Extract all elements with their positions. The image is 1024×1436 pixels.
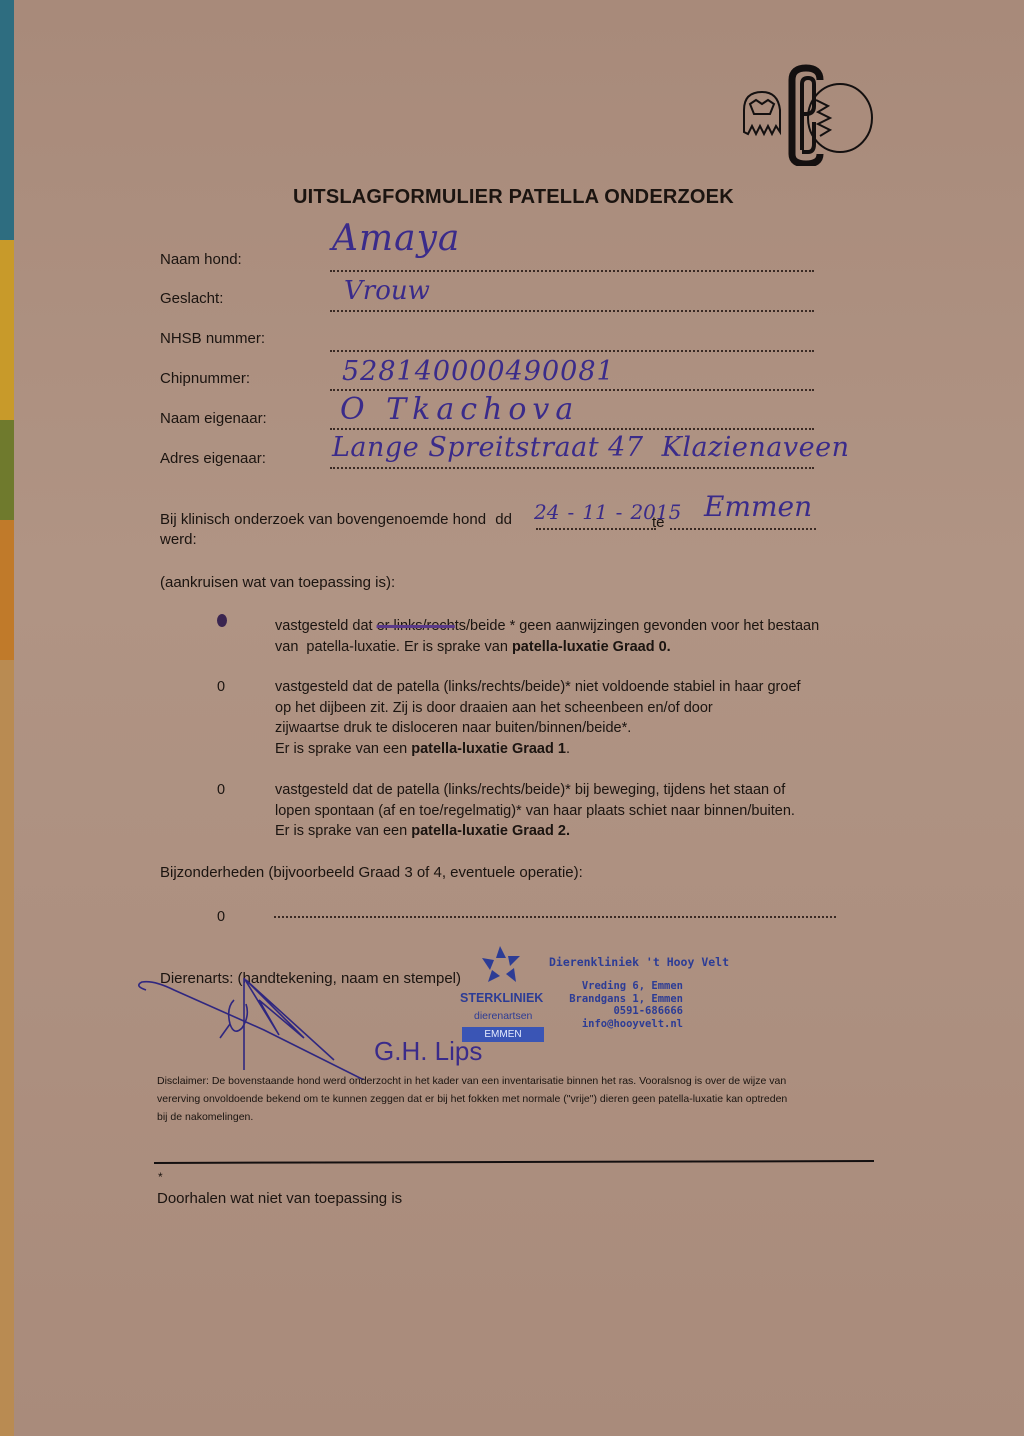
field-dotted-line xyxy=(330,389,814,391)
footnote-text: Doorhalen wat niet van toepassing is xyxy=(157,1190,402,1207)
disclaimer-line: bij de nakomelingen. xyxy=(157,1108,897,1126)
footer-divider xyxy=(154,1160,874,1164)
field-label: Naam eigenaar: xyxy=(160,410,267,427)
te-label: te xyxy=(652,514,665,531)
particulars-label: Bijzonderheden (bijvoorbeeld Graad 3 of … xyxy=(160,864,583,881)
grade-text: patella-luxatie Graad 0. xyxy=(512,639,671,655)
field-dotted-line xyxy=(330,310,814,312)
option-text: vastgesteld dat er links/rechts/beide * … xyxy=(275,616,895,657)
checkbox-filled-icon[interactable] xyxy=(217,614,227,627)
field-value: Amaya xyxy=(332,218,460,259)
field-label: Geslacht: xyxy=(160,290,223,307)
option-text-line2: van patella-luxatie. Er is sprake van xyxy=(275,639,512,655)
option-line: vastgesteld dat de patella (links/rechts… xyxy=(275,780,895,801)
patella-result-form: UITSLAGFORMULIER PATELLA ONDERZOEK Naam … xyxy=(14,0,1024,1436)
stamp-brand: STERKLINIEK xyxy=(460,991,543,1005)
form-title: UITSLAGFORMULIER PATELLA ONDERZOEK xyxy=(293,186,734,209)
checkbox-empty-marker[interactable]: 0 xyxy=(217,780,225,801)
stamp-address-block: Vreding 6, Emmen Brandgans 1, Emmen 0591… xyxy=(554,980,683,1030)
date-month: 11 xyxy=(582,500,607,524)
location-dotted-line xyxy=(670,528,816,530)
star-logo-icon xyxy=(480,944,524,988)
option-text-pre: vastgesteld dat xyxy=(275,618,377,634)
grade-text: patella-luxatie Graad 2. xyxy=(411,823,570,839)
stamp-clinic-name: Dierenkliniek 't Hooy Velt xyxy=(549,955,729,969)
option-line: zijwaartse druk te disloceren naar buite… xyxy=(275,718,895,739)
patella-club-logo-icon xyxy=(736,62,876,166)
stamp-email: info@hooyvelt.nl xyxy=(554,1018,683,1031)
field-dotted-line xyxy=(330,428,814,430)
field-value: Vrouw xyxy=(344,276,430,306)
exam-intro-text: Bij klinisch onderzoek van bovengenoemde… xyxy=(160,511,486,528)
field-dotted-line xyxy=(330,467,814,469)
option-line: Er is sprake van een xyxy=(275,741,411,757)
exam-location-field[interactable]: Emmen xyxy=(704,490,812,523)
date-day: 24 xyxy=(534,500,559,524)
disclaimer-line: vererving onvoldoende bekend om te kunne… xyxy=(157,1090,897,1108)
struck-text: er links/rech xyxy=(377,618,455,634)
instruction-text: (aankruisen wat van toepassing is): xyxy=(160,574,395,591)
footnote-asterisk: * xyxy=(158,1170,163,1184)
field-label: Naam hond: xyxy=(160,251,242,268)
vet-name-handwritten: G.H. Lips xyxy=(374,1036,482,1067)
field-dotted-line xyxy=(330,350,814,352)
stamp-address2: Brandgans 1, Emmen xyxy=(554,993,683,1006)
option-text: vastgesteld dat de patella (links/rechts… xyxy=(275,780,895,842)
date-dotted-line xyxy=(536,528,656,530)
particulars-field[interactable] xyxy=(274,916,836,918)
field-label: Adres eigenaar: xyxy=(160,450,266,467)
field-dotted-line xyxy=(330,270,814,272)
field-value: Lange Spreitstraat 47 Klazienaveen xyxy=(332,432,850,463)
field-value: 528140000490081 xyxy=(342,356,615,387)
option-line: lopen spontaan (af en toe/regelmatig)* v… xyxy=(275,801,895,822)
stamp-phone: 0591-686666 xyxy=(554,1005,683,1018)
option-punct: . xyxy=(566,741,570,757)
option-line: Er is sprake van een xyxy=(275,823,411,839)
option-line: vastgesteld dat de patella (links/rechts… xyxy=(275,677,895,698)
field-label: NHSB nummer: xyxy=(160,330,265,347)
disclaimer-line: Disclaimer: De bovenstaande hond werd on… xyxy=(157,1072,897,1090)
vet-signature-icon xyxy=(134,960,394,1080)
option-text-mid: ts/beide * geen aanwijzingen gevonden vo… xyxy=(455,618,819,634)
option-text: vastgesteld dat de patella (links/rechts… xyxy=(275,677,895,759)
werd-label: werd: xyxy=(160,531,197,548)
field-label: Chipnummer: xyxy=(160,370,250,387)
dd-label: dd xyxy=(495,511,512,528)
checkbox-empty-marker[interactable]: 0 xyxy=(217,677,225,698)
stamp-address1: Vreding 6, Emmen xyxy=(554,980,683,993)
particulars-marker[interactable]: 0 xyxy=(217,907,225,928)
grade-text: patella-luxatie Graad 1 xyxy=(411,741,566,757)
disclaimer: Disclaimer: De bovenstaande hond werd on… xyxy=(157,1072,897,1126)
exam-intro: Bij klinisch onderzoek van bovengenoemde… xyxy=(160,511,512,528)
stamp-sub: dierenartsen xyxy=(474,1010,532,1022)
option-line: op het dijbeen zit. Zij is door draaien … xyxy=(275,698,895,719)
field-value: O Tkachova xyxy=(340,392,579,427)
